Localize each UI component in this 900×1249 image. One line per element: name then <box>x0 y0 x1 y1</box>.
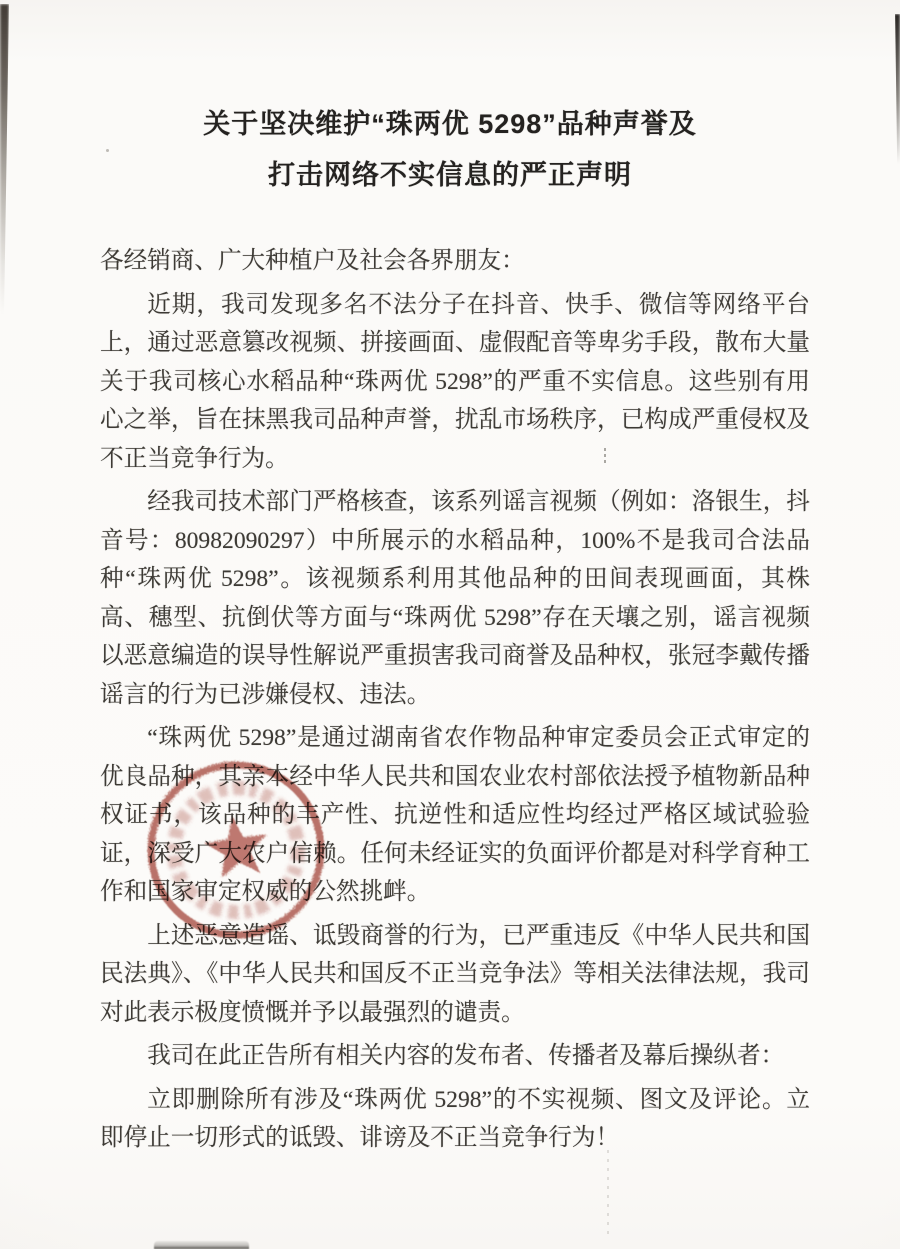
paragraph-5: 我司在此正告所有相关内容的发布者、传播者及幕后操纵者： <box>100 1037 810 1076</box>
document-title: 关于坚决维护“珠两优 5298”品种声誉及 打击网络不实信息的严正声明 <box>0 99 900 201</box>
paragraph-6: 立即删除所有涉及“珠两优 5298”的不实视频、图文及评论。立即停止一切形式的诋… <box>100 1081 810 1158</box>
paragraph-1: 近期，我司发现多名不法分子在抖音、快手、微信等网络平台上，通过恶意篡改视频、拼接… <box>100 286 810 479</box>
paragraph-3: “珠两优 5298”是通过湖南省农作物品种审定委员会正式审定的优良品种，其亲本经… <box>100 719 810 912</box>
scan-artifact-dot <box>106 149 109 152</box>
title-line-1: 关于坚决维护“珠两优 5298”品种声誉及 <box>0 99 900 150</box>
paragraph-4: 上述恶意造谣、诋毁商誉的行为，已严重违反《中华人民共和国民法典》、《中华人民共和… <box>100 917 810 1033</box>
scanned-statement-page: 关于坚决维护“珠两优 5298”品种声誉及 打击网络不实信息的严正声明 各经销商… <box>0 0 900 1249</box>
scan-artifact-dotted-column <box>607 1150 609 1240</box>
document-body: 各经销商、广大种植户及社会各界朋友： 近期，我司发现多名不法分子在抖音、快手、微… <box>100 242 810 1163</box>
salutation: 各经销商、广大种植户及社会各界朋友： <box>100 242 810 281</box>
photo-artifact-bottom-bar <box>154 1241 249 1249</box>
paragraph-2: 经我司技术部门严格核查，该系列谣言视频（例如：洛银生，抖音号：809820902… <box>100 483 810 714</box>
title-line-2: 打击网络不实信息的严正声明 <box>0 150 900 201</box>
scan-artifact-dashes <box>604 448 606 466</box>
